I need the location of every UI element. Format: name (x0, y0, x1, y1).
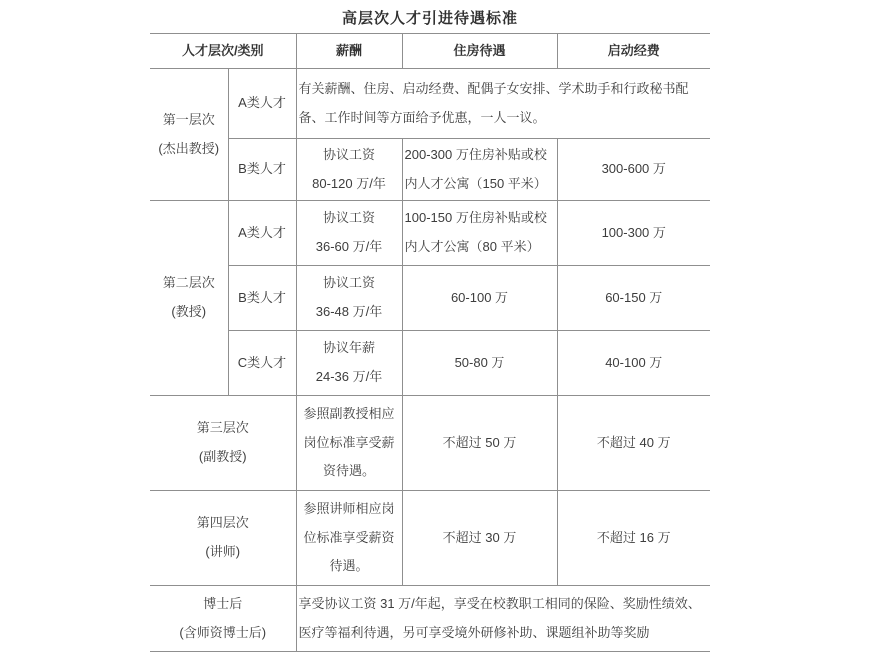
tier1-b-salary-type: 协议工资 (299, 141, 400, 170)
tier2-c-fund-cell: 40-100 万 (557, 331, 710, 396)
postdoc-row: 博士后 (含师资博士后) 享受协议工资 31 万/年起，享受在校教职工相同的保险… (150, 586, 710, 652)
tier4-name: 第四层次 (152, 509, 294, 538)
tier1-b-salary-range: 80-120 万/年 (299, 170, 400, 199)
tier2-c-salary-type: 协议年薪 (299, 334, 400, 363)
tier2-c-housing-cell: 50-80 万 (402, 331, 557, 396)
tier2-b-salary-cell: 协议工资 36-48 万/年 (296, 266, 402, 331)
page-title: 高层次人才引进待遇标准 (150, 7, 710, 28)
tier3-housing-cell: 不超过 50 万 (402, 396, 557, 491)
tier1-a-row: 第一层次 (杰出教授) A类人才 有关薪酬、住房、启动经费、配偶子女安排、学术助… (150, 69, 710, 139)
tier4-fund-cell: 不超过 16 万 (557, 491, 710, 586)
header-cell-fund: 启动经费 (557, 34, 710, 69)
postdoc-subname: (含师资博士后) (152, 619, 294, 648)
tier2-c-label-cell: C类人才 (228, 331, 296, 396)
tier1-b-housing-cell: 200-300 万住房补贴或校内人才公寓（150 平米） (402, 139, 557, 201)
talent-treatment-table: 人才层次/类别 薪酬 住房待遇 启动经费 第一层次 (杰出教授) A类人才 有关… (150, 33, 710, 652)
tier2-name: 第二层次 (152, 269, 226, 298)
tier2-c-salary-range: 24-36 万/年 (299, 363, 400, 392)
header-cell-housing: 住房待遇 (402, 34, 557, 69)
tier1-b-salary-cell: 协议工资 80-120 万/年 (296, 139, 402, 201)
tier3-salary-cell: 参照副教授相应岗位标准享受薪资待遇。 (296, 396, 402, 491)
tier2-a-fund-cell: 100-300 万 (557, 201, 710, 266)
tier4-row: 第四层次 (讲师) 参照讲师相应岗位标准享受薪资待遇。 不超过 30 万 不超过… (150, 491, 710, 586)
tier2-b-fund-cell: 60-150 万 (557, 266, 710, 331)
tier1-name: 第一层次 (152, 106, 226, 135)
tier3-row: 第三层次 (副教授) 参照副教授相应岗位标准享受薪资待遇。 不超过 50 万 不… (150, 396, 710, 491)
tier2-a-label-cell: A类人才 (228, 201, 296, 266)
tier2-b-label-cell: B类人才 (228, 266, 296, 331)
tier2-a-row: 第二层次 (教授) A类人才 协议工资 36-60 万/年 100-150 万住… (150, 201, 710, 266)
tier2-b-housing-cell: 60-100 万 (402, 266, 557, 331)
tier2-b-salary-range: 36-48 万/年 (299, 298, 400, 327)
tier1-b-fund-cell: 300-600 万 (557, 139, 710, 201)
tier2-b-salary-type: 协议工资 (299, 269, 400, 298)
tier4-name-cell: 第四层次 (讲师) (150, 491, 296, 586)
tier2-a-housing-cell: 100-150 万住房补贴或校内人才公寓（80 平米） (402, 201, 557, 266)
tier3-subname: (副教授) (152, 443, 294, 472)
header-cell-salary: 薪酬 (296, 34, 402, 69)
tier4-housing-cell: 不超过 30 万 (402, 491, 557, 586)
tier2-subname: (教授) (152, 298, 226, 327)
tier1-a-desc-cell: 有关薪酬、住房、启动经费、配偶子女安排、学术助手和行政秘书配备、工作时间等方面给… (296, 69, 710, 139)
table-header-row: 人才层次/类别 薪酬 住房待遇 启动经费 (150, 34, 710, 69)
tier2-a-salary-range: 36-60 万/年 (299, 233, 400, 262)
tier2-name-cell: 第二层次 (教授) (150, 201, 228, 396)
tier2-c-row: C类人才 协议年薪 24-36 万/年 50-80 万 40-100 万 (150, 331, 710, 396)
tier3-name-cell: 第三层次 (副教授) (150, 396, 296, 491)
tier1-subname: (杰出教授) (152, 135, 226, 164)
tier4-subname: (讲师) (152, 538, 294, 567)
tier2-a-salary-cell: 协议工资 36-60 万/年 (296, 201, 402, 266)
tier3-name: 第三层次 (152, 414, 294, 443)
postdoc-name-cell: 博士后 (含师资博士后) (150, 586, 296, 652)
tier2-b-row: B类人才 协议工资 36-48 万/年 60-100 万 60-150 万 (150, 266, 710, 331)
tier1-b-row: B类人才 协议工资 80-120 万/年 200-300 万住房补贴或校内人才公… (150, 139, 710, 201)
tier2-c-salary-cell: 协议年薪 24-36 万/年 (296, 331, 402, 396)
tier1-name-cell: 第一层次 (杰出教授) (150, 69, 228, 201)
postdoc-name: 博士后 (152, 590, 294, 619)
tier1-a-label-cell: A类人才 (228, 69, 296, 139)
header-cell-tier: 人才层次/类别 (150, 34, 296, 69)
tier3-fund-cell: 不超过 40 万 (557, 396, 710, 491)
tier2-a-salary-type: 协议工资 (299, 204, 400, 233)
tier4-salary-cell: 参照讲师相应岗位标准享受薪资待遇。 (296, 491, 402, 586)
tier1-b-label-cell: B类人才 (228, 139, 296, 201)
postdoc-desc-cell: 享受协议工资 31 万/年起，享受在校教职工相同的保险、奖励性绩效、医疗等福利待… (296, 586, 710, 652)
